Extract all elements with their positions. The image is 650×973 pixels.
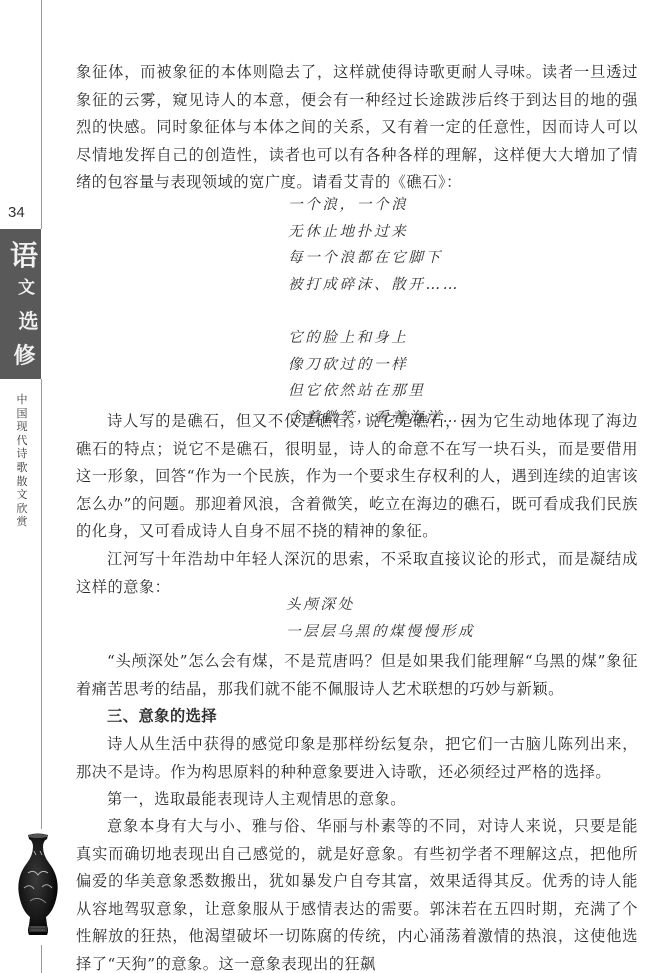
poem-line: 头颅深处 <box>286 592 475 619</box>
paragraph-first-point: 第一，选取最能表现诗人主观情思的意象。 <box>76 786 638 814</box>
poem-line: 它的脸上和身上 <box>288 325 477 352</box>
series-glyph-xiu: 修 <box>4 339 45 370</box>
poem-line: 一个浪，一个浪 <box>288 192 477 219</box>
paragraph-selection: 诗人从生活中获得的感觉印象是那样纷纭复杂，把它们一古脑儿陈列出来，那决不是诗。作… <box>76 731 638 786</box>
series-glyph-yu: 语 <box>10 234 41 274</box>
poem-jianghe: 头颅深处 一层层乌黑的煤慢慢形成 <box>286 592 475 645</box>
paragraph-imagery: 意象本身有大与小、雅与俗、华丽与朴素等的不同，对诗人来说，只要是能真实而确切地表… <box>76 813 638 973</box>
poem-line: 无休止地扑过来 <box>288 219 477 246</box>
poem-line: 被打成碎沫、散开…… <box>288 272 477 299</box>
poem-line: 每一个浪都在它脚下 <box>288 245 477 272</box>
paragraph-intro: 象征体，而被象征的本体则隐去了，这样就使得诗歌更耐人寻味。读者一旦透过象征的云雾… <box>76 59 638 197</box>
margin-rule-top <box>41 0 42 229</box>
margin-rule-bottom <box>41 945 42 973</box>
section-heading: 三、意象的选择 <box>76 703 638 731</box>
page-number: 34 <box>8 204 25 221</box>
poem-line: 但它依然站在那里 <box>288 378 477 405</box>
vase-icon <box>16 833 60 941</box>
poem-jiaoshi: 一个浪，一个浪 无休止地扑过来 每一个浪都在它脚下 被打成碎沫、散开…… 它的脸… <box>288 192 477 431</box>
poem-line: 一层层乌黑的煤慢慢形成 <box>286 619 475 646</box>
paragraph-jiaoshi-analysis: 诗人写的是礁石，但又不仅是礁石。说它是礁石，因为它生动地体现了海边礁石的特点；说… <box>76 408 638 546</box>
book-title-vertical: 中国现代诗歌散文欣赏 <box>14 393 30 529</box>
margin-rule-mid <box>41 379 42 829</box>
series-glyph-xuan: 选 <box>8 305 49 334</box>
paragraph-coal: “头颅深处”怎么会有煤，不是荒唐吗？但是如果我们能理解“乌黑的煤”象征着痛苦思考… <box>76 648 638 703</box>
series-glyph-wen: 文 <box>6 273 47 298</box>
poem-line: 像刀砍过的一样 <box>288 352 477 379</box>
series-title-band: 语 文 选 修 <box>0 229 41 379</box>
poem-stanza-break <box>288 298 477 325</box>
